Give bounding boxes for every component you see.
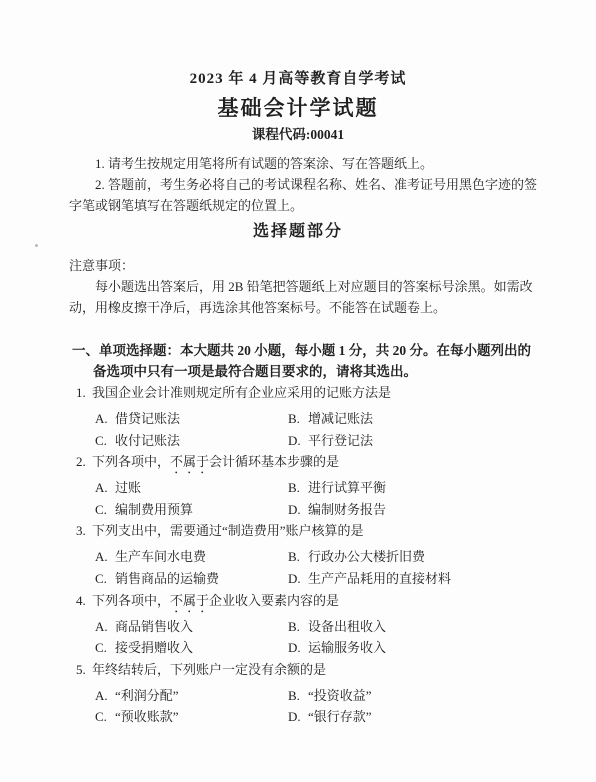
option-d: D.运输服务收入 [288,637,596,659]
stem-text: 年终结转后，下列账户一定没有余额的是 [92,662,326,677]
option-a: A.商品销售收入 [95,616,288,638]
option-a: A.生产车间水电费 [95,546,288,568]
option-label: D. [288,706,302,728]
option-b: B.设备出租收入 [288,616,596,638]
option-text: 生产产品耗用的直接材料 [308,571,451,586]
stem-emphasis: 不属于 [170,593,209,608]
option-label: C. [95,430,109,452]
option-label: A. [95,477,109,499]
option-label: B. [288,477,302,499]
option-label: D. [288,430,302,452]
option-text: 进行试算平衡 [308,480,386,495]
option-c: C.收付记账法 [95,430,288,452]
exam-paper-page: 2023 年 4 月高等教育自学考试 基础会计学试题 课程代码:00041 1.… [0,0,596,782]
option-text: 行政办公大楼折旧费 [308,549,425,564]
option-text: 编制费用预算 [115,502,193,517]
option-grid: A.“利润分配” B.“投资收益” C.“预收账款” D.“银行存款” [0,685,596,728]
question-4: 4.下列各项中，不属于企业收入要素内容的是 A.商品销售收入 B.设备出租收入 … [0,590,596,659]
option-grid: A.过账 B.进行试算平衡 C.编制费用预算 D.编制财务报告 [0,477,596,520]
question-stem: 5.年终结转后，下列账户一定没有余额的是 [0,659,596,685]
option-label: C. [95,568,109,590]
part-one-heading: 一、单项选择题：本大题共 20 小题，每小题 1 分，共 20 分。在每小题列出… [72,340,544,382]
paper-title: 基础会计学试题 [0,95,596,121]
question-5: 5.年终结转后，下列账户一定没有余额的是 A.“利润分配” B.“投资收益” C… [0,659,596,728]
option-c: C.编制费用预算 [95,499,288,521]
option-label: A. [95,616,109,638]
option-d: D.平行登记法 [288,430,596,452]
option-d: D.生产产品耗用的直接材料 [288,568,596,590]
option-label: B. [288,546,302,568]
option-text: 生产车间水电费 [115,549,206,564]
option-label: C. [95,706,109,728]
stem-text: 下列各项中， [92,454,170,469]
stem-text: 企业收入要素内容的是 [209,593,339,608]
question-number: 2. [76,451,92,473]
option-a: A.过账 [95,477,288,499]
instruction-item-1: 1. 请考生按规定用笔将所有试题的答案涂、写在答题纸上。 [69,153,540,174]
question-stem: 3.下列支出中，需要通过“制造费用”账户核算的是 [0,520,596,546]
option-text: 商品销售收入 [115,619,193,634]
option-text: “利润分配” [115,688,179,703]
option-label: C. [95,499,109,521]
question-number: 4. [76,590,92,612]
option-c: C.接受捐赠收入 [95,637,288,659]
option-label: D. [288,637,302,659]
option-text: “预收账款” [115,709,179,724]
general-instructions: 1. 请考生按规定用笔将所有试题的答案涂、写在答题纸上。 2. 答题前，考生务必… [69,153,540,216]
question-2: 2.下列各项中，不属于会计循环基本步骤的是 A.过账 B.进行试算平衡 C.编制… [0,451,596,520]
option-label: D. [288,568,302,590]
option-text: 运输服务收入 [308,640,386,655]
instruction-item-2: 2. 答题前，考生务必将自己的考试课程名称、姓名、准考证号用黑色字迹的签字笔或钢… [69,174,540,216]
scan-speck [35,244,38,247]
question-stem: 2.下列各项中，不属于会计循环基本步骤的是 [0,451,596,477]
option-text: 增减记账法 [308,411,373,426]
option-label: A. [95,685,109,707]
option-text: 编制财务报告 [308,502,386,517]
option-label: C. [95,637,109,659]
option-grid: A.生产车间水电费 B.行政办公大楼折旧费 C.销售商品的运输费 D.生产产品耗… [0,546,596,589]
option-label: D. [288,499,302,521]
notes-body: 每小题选出答案后，用 2B 铅笔把答题纸上对应题目的答案标号涂黑。如需改动，用橡… [69,276,540,318]
option-text: 过账 [115,480,141,495]
option-label: B. [288,685,302,707]
question-1: 1.我国企业会计准则规定所有企业应采用的记账方法是 A.借贷记账法 B.增减记账… [0,382,596,451]
question-list: 1.我国企业会计准则规定所有企业应采用的记账方法是 A.借贷记账法 B.增减记账… [0,382,596,728]
option-text: 收付记账法 [115,433,180,448]
option-b: B.增减记账法 [288,408,596,430]
option-label: B. [288,616,302,638]
question-stem: 4.下列各项中，不属于企业收入要素内容的是 [0,590,596,616]
option-d: D.编制财务报告 [288,499,596,521]
option-grid: A.借贷记账法 B.增减记账法 C.收付记账法 D.平行登记法 [0,408,596,451]
question-stem: 1.我国企业会计准则规定所有企业应采用的记账方法是 [0,382,596,408]
option-label: A. [95,408,109,430]
option-a: A.“利润分配” [95,685,288,707]
question-number: 1. [76,382,92,404]
option-a: A.借贷记账法 [95,408,288,430]
notes-block: 注意事项： 每小题选出答案后，用 2B 铅笔把答题纸上对应题目的答案标号涂黑。如… [69,255,540,318]
question-3: 3.下列支出中，需要通过“制造费用”账户核算的是 A.生产车间水电费 B.行政办… [0,520,596,589]
option-text: 设备出租收入 [308,619,386,634]
stem-text: 下列支出中，需要通过“制造费用”账户核算的是 [92,523,364,538]
stem-text: 会计循环基本步骤的是 [209,454,339,469]
option-text: “投资收益” [308,688,372,703]
option-text: 接受捐赠收入 [115,640,193,655]
option-d: D.“银行存款” [288,706,596,728]
course-code: 课程代码:00041 [0,126,596,144]
notes-title: 注意事项： [69,255,540,276]
option-label: B. [288,408,302,430]
section-heading: 选择题部分 [0,221,596,243]
option-b: B.进行试算平衡 [288,477,596,499]
paper-header: 2023 年 4 月高等教育自学考试 基础会计学试题 课程代码:00041 [0,0,596,144]
question-number: 3. [76,520,92,542]
stem-text: 下列各项中， [92,593,170,608]
stem-text: 我国企业会计准则规定所有企业应采用的记账方法是 [92,385,391,400]
option-b: B.“投资收益” [288,685,596,707]
option-text: 销售商品的运输费 [115,571,219,586]
option-text: 平行登记法 [308,433,373,448]
option-text: “银行存款” [308,709,372,724]
option-text: 借贷记账法 [115,411,180,426]
option-grid: A.商品销售收入 B.设备出租收入 C.接受捐赠收入 D.运输服务收入 [0,616,596,659]
stem-emphasis: 不属于 [170,454,209,469]
option-b: B.行政办公大楼折旧费 [288,546,596,568]
option-c: C.“预收账款” [95,706,288,728]
option-label: A. [95,546,109,568]
option-c: C.销售商品的运输费 [95,568,288,590]
exam-session-title: 2023 年 4 月高等教育自学考试 [0,0,596,89]
question-number: 5. [76,659,92,681]
